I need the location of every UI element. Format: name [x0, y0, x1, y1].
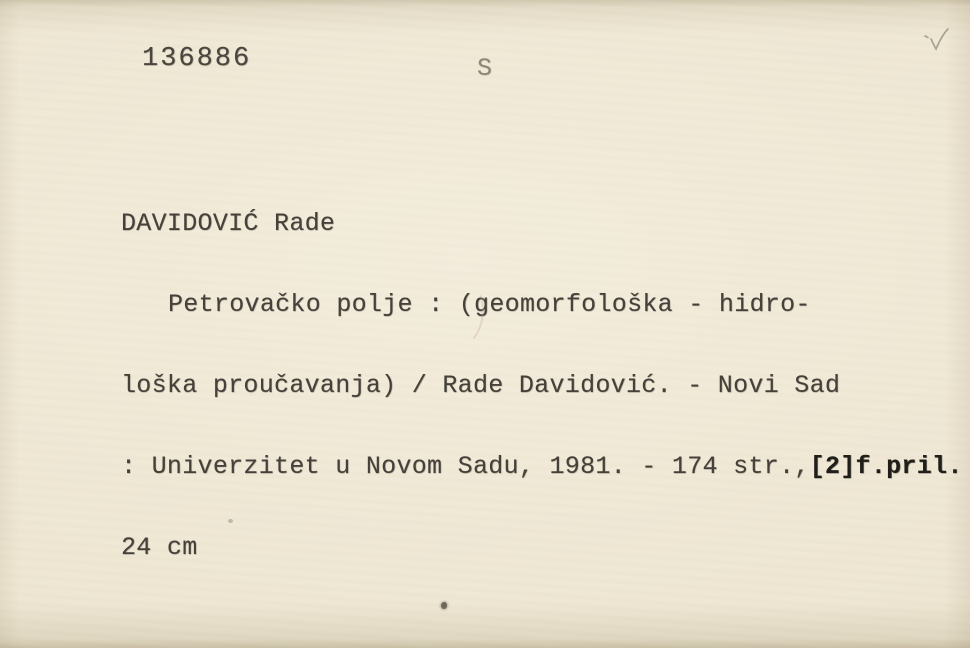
accession-number: 136886 [142, 44, 251, 74]
paper-speck [228, 519, 233, 523]
imprint-line: : Univerzitet u Novom Sadu, 1981. - 174 … [121, 453, 963, 480]
ink-speck [441, 602, 447, 609]
imprint-text: : Univerzitet u Novom Sadu, 1981. - 174 … [121, 452, 810, 481]
catalog-entry: DAVIDOVIĆ Rade Petrovačko polje : (geomo… [121, 156, 963, 615]
catalog-card: 136886 S DAVIDOVIĆ Rade Petrovačko polje… [0, 0, 970, 648]
faint-pencil-squiggle [462, 292, 496, 344]
dimension-line: 24 cm [121, 534, 963, 561]
title-line: Petrovačko polje : (geomorfološka - hidr… [121, 291, 963, 318]
pencil-checkmark-icon [922, 26, 952, 56]
title-continuation-line: loška proučavanja) / Rade Davidović. - N… [121, 372, 963, 399]
classification-letter: S [477, 54, 492, 83]
imprint-suffix-text: [2]f.pril. [810, 452, 963, 481]
author-heading: DAVIDOVIĆ Rade [121, 210, 963, 237]
